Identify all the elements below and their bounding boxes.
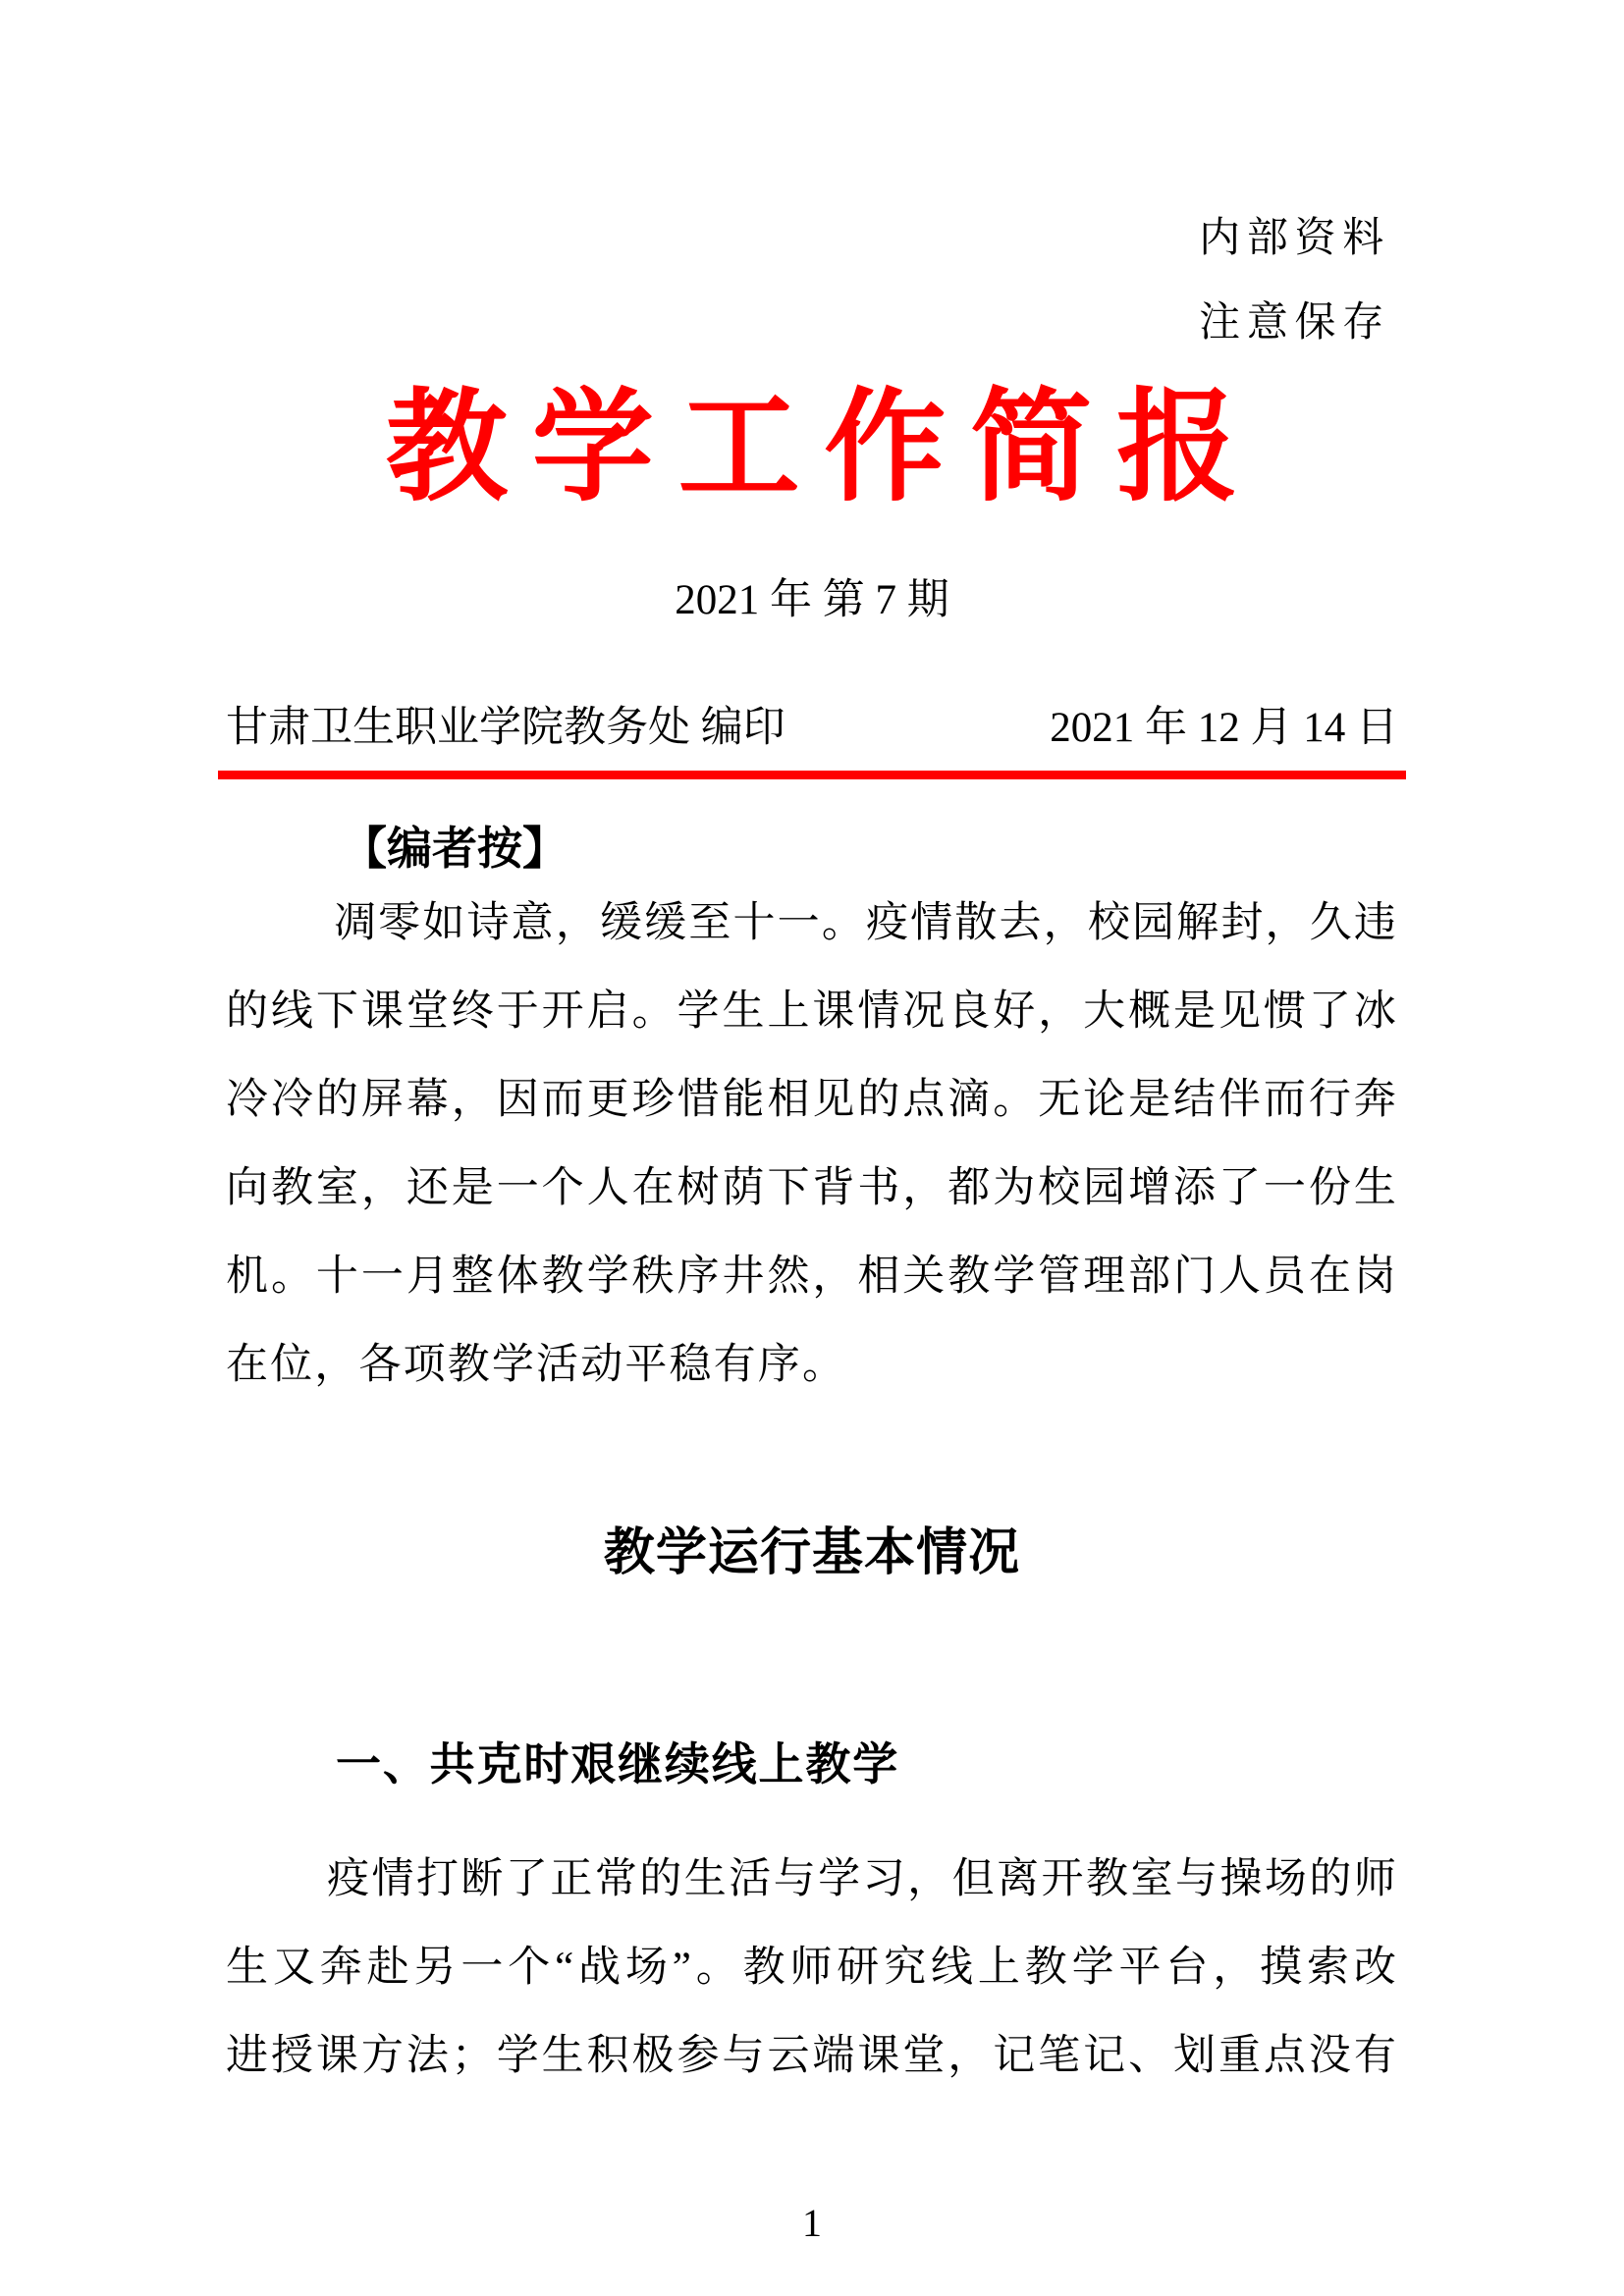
document-page: 内部资料 注意保存 教学工作简报 2021 年 第 7 期 甘肃卫生职业学院教务… bbox=[0, 0, 1624, 2296]
editor-note-paragraph: 凋零如诗意，缓缓至十一。疫情散去，校园解封，久违 的线下课堂终于开启。学生上课情… bbox=[226, 880, 1398, 1410]
body-paragraph: 疫情打断了正常的生活与学习，但离开教室与操场的师 生又奔赴另一个“战场”。教师研… bbox=[226, 1836, 1398, 2101]
paragraph-line: 冷冷的屏幕，因而更珍惜能相见的点滴。无论是结伴而行奔 bbox=[226, 1056, 1398, 1145]
confidential-line-1: 内部资料 bbox=[226, 196, 1390, 281]
page-number: 1 bbox=[226, 2199, 1398, 2248]
editor-note-heading: 【编者按】 bbox=[226, 819, 1398, 880]
page-title: 教学工作简报 bbox=[226, 374, 1398, 523]
paragraph-line: 生又奔赴另一个“战场”。教师研究线上教学平台，摸索改 bbox=[226, 1924, 1398, 2012]
paragraph-line: 向教室，还是一个人在树荫下背书，都为校园增添了一份生 bbox=[226, 1145, 1398, 1233]
section-heading: 教学运行基本情况 bbox=[226, 1518, 1398, 1588]
paragraph-line: 机。十一月整体教学秩序井然，相关教学管理部门人员在岗 bbox=[226, 1233, 1398, 1321]
paragraph-line: 进授课方法；学生积极参与云端课堂，记笔记、划重点没有 bbox=[226, 2012, 1398, 2101]
paragraph-line: 的线下课堂终于开启。学生上课情况良好，大概是见惯了冰 bbox=[226, 968, 1398, 1056]
confidential-line-2: 注意保存 bbox=[226, 281, 1390, 365]
red-divider bbox=[218, 771, 1406, 779]
issue-number: 2021 年 第 7 期 bbox=[226, 570, 1398, 631]
publisher-row: 甘肃卫生职业学院教务处 编印 2021 年 12 月 14 日 bbox=[226, 702, 1398, 755]
paragraph-line: 在位，各项教学活动平稳有序。 bbox=[226, 1321, 1398, 1410]
paragraph-line: 凋零如诗意，缓缓至十一。疫情散去，校园解封，久违 bbox=[226, 880, 1398, 968]
confidential-note: 内部资料 注意保存 bbox=[226, 196, 1398, 365]
subsection-heading: 一、共克时艰继续线上教学 bbox=[226, 1734, 1398, 1796]
publish-date: 2021 年 12 月 14 日 bbox=[1050, 702, 1398, 755]
publisher-name: 甘肃卫生职业学院教务处 编印 bbox=[226, 702, 785, 755]
paragraph-line: 疫情打断了正常的生活与学习，但离开教室与操场的师 bbox=[226, 1836, 1398, 1924]
